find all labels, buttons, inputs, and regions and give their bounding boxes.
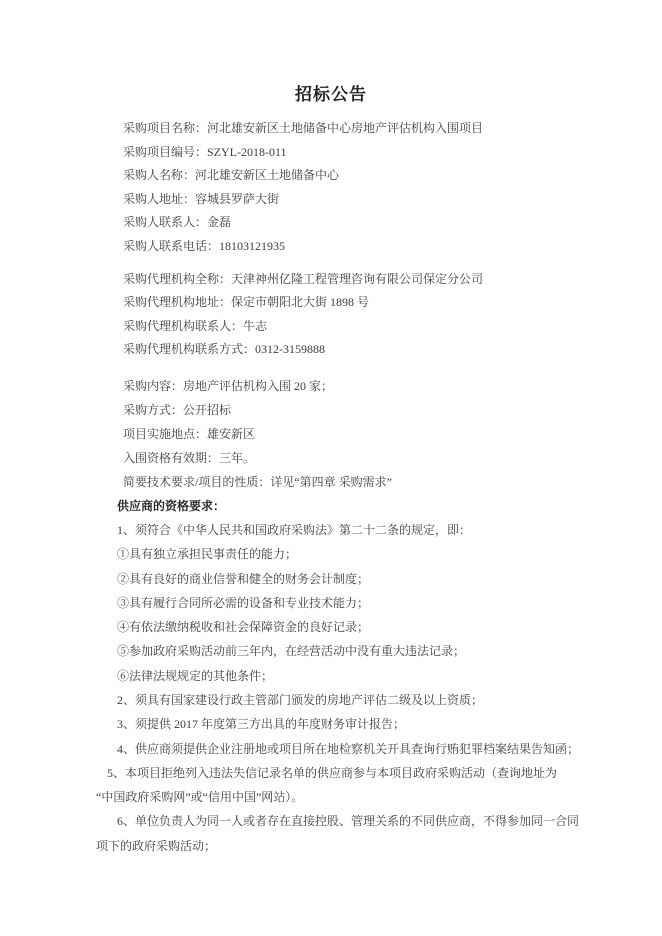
text-line-purchaser-phone: 采购人联系电话：18103121935 bbox=[123, 235, 602, 259]
document-body: 招标公告 采购项目名称：河北雄安新区土地储备中心房地产评估机构入围项目 采购项目… bbox=[0, 0, 662, 858]
text-line-req-1-item-6: ⑥法律法规规定的其他条件； bbox=[117, 664, 602, 688]
text-line-req-3: 3、须提供 2017 年度第三方出具的年度财务审计报告； bbox=[117, 712, 602, 736]
text-line-purchaser-name: 采购人名称：河北雄安新区土地储备中心 bbox=[123, 164, 602, 188]
agency-info-section: 采购代理机构全称：天津神州亿隆工程管理咨询有限公司保定分公司 采购代理机构地址：… bbox=[96, 268, 602, 362]
text-line-req-6: 6、单位负责人为同一人或者存在直接控股、管理关系的不同供应商，不得参加同一合同 bbox=[117, 809, 602, 833]
supplier-qualifications-section: 供应商的资格要求： 1、须符合《中华人民共和国政府采购法》第二十二条的规定，即：… bbox=[96, 494, 602, 858]
purchase-info-section: 采购项目名称：河北雄安新区土地储备中心房地产评估机构入围项目 采购项目编号：SZ… bbox=[96, 117, 602, 258]
text-line-req-1: 1、须符合《中华人民共和国政府采购法》第二十二条的规定，即： bbox=[117, 518, 602, 542]
text-line-agency-phone: 采购代理机构联系方式：0312-3159888 bbox=[123, 338, 602, 361]
text-line-req-1-item-4: ④有依法缴纳税收和社会保障资金的良好记录； bbox=[117, 615, 602, 639]
text-line-procurement-method: 采购方式：公开招标 bbox=[123, 398, 602, 422]
text-line-project-name: 采购项目名称：河北雄安新区土地储备中心房地产评估机构入围项目 bbox=[123, 117, 602, 141]
text-line-project-number: 采购项目编号：SZYL-2018-011 bbox=[123, 141, 602, 165]
document-page: 招标公告 采购项目名称：河北雄安新区土地储备中心房地产评估机构入围项目 采购项目… bbox=[0, 0, 662, 936]
text-line-req-5-continued: “中国政府采购网”或“信用中国”网站）。 bbox=[96, 785, 602, 809]
text-line-procurement-content: 采购内容：房地产评估机构入围 20 家； bbox=[123, 374, 602, 398]
text-line-req-1-item-2: ②具有良好的商业信誉和健全的财务会计制度； bbox=[117, 567, 602, 591]
text-line-req-2: 2、须具有国家建设行政主管部门颁发的房地产评估二级及以上资质； bbox=[117, 688, 602, 712]
procurement-details-section: 采购内容：房地产评估机构入围 20 家； 采购方式：公开招标 项目实施地点：雄安… bbox=[96, 374, 602, 494]
text-line-technical-requirements: 简要技术要求/项目的性质：详见“第四章 采购需求” bbox=[123, 470, 602, 494]
text-line-req-1-item-1: ①具有独立承担民事责任的能力； bbox=[117, 542, 602, 566]
text-line-req-5: 5、本项目拒绝列入违法失信记录名单的供应商参与本项目政府采购活动（查询地址为 bbox=[107, 761, 602, 785]
document-title: 招标公告 bbox=[0, 85, 662, 105]
text-line-agency-name: 采购代理机构全称：天津神州亿隆工程管理咨询有限公司保定分公司 bbox=[123, 268, 602, 291]
section-heading: 供应商的资格要求： bbox=[117, 494, 602, 518]
text-line-validity-period: 入围资格有效期：三年。 bbox=[123, 446, 602, 470]
text-line-req-4: 4、供应商须提供企业注册地或项目所在地检察机关开具查询行贿犯罪档案结果告知函； bbox=[117, 737, 602, 761]
text-line-req-1-item-5: ⑤参加政府采购活动前三年内，在经营活动中没有重大违法记录； bbox=[117, 639, 602, 663]
text-line-req-1-item-3: ③具有履行合同所必需的设备和专业技术能力； bbox=[117, 591, 602, 615]
text-line-purchaser-contact: 采购人联系人：金磊 bbox=[123, 211, 602, 235]
text-line-project-location: 项目实施地点：雄安新区 bbox=[123, 422, 602, 446]
text-line-req-6-continued: 项下的政府采购活动； bbox=[96, 834, 602, 858]
text-line-agency-address: 采购代理机构地址：保定市朝阳北大街 1898 号 bbox=[123, 291, 602, 314]
text-line-purchaser-address: 采购人地址：容城县罗萨大街 bbox=[123, 188, 602, 212]
text-line-agency-contact: 采购代理机构联系人：牛志 bbox=[123, 315, 602, 338]
